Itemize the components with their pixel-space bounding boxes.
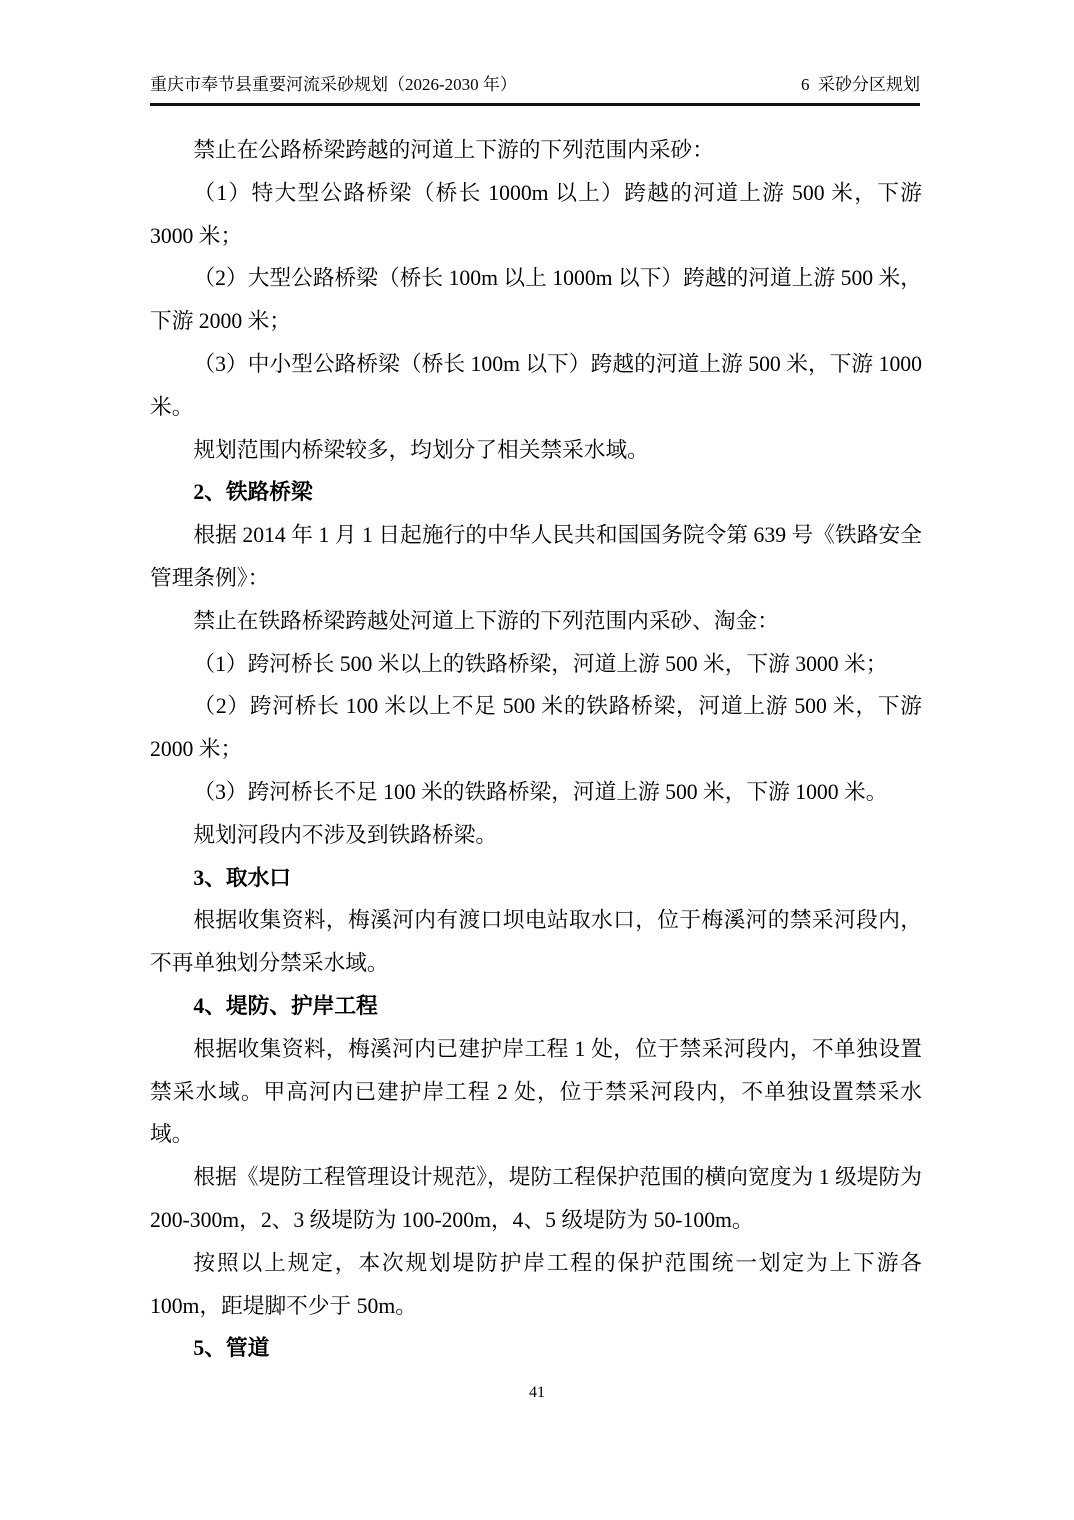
page-header: 重庆市奉节县重要河流采砂规划（2026-2030 年） 6 采砂分区规划 bbox=[150, 74, 920, 106]
header-chapter-title: 6 采砂分区规划 bbox=[801, 74, 920, 96]
paragraph: 禁止在铁路桥梁跨越处河道上下游的下列范围内采砂、淘金： bbox=[150, 600, 922, 643]
section-heading-pipeline: 5、管道 bbox=[150, 1327, 922, 1370]
paragraph: （2）大型公路桥梁（桥长 100m 以上 1000m 以下）跨越的河道上游 50… bbox=[150, 257, 922, 343]
document-body: 禁止在公路桥梁跨越的河道上下游的下列范围内采砂： （1）特大型公路桥梁（桥长 1… bbox=[150, 129, 922, 1370]
paragraph: （1）特大型公路桥梁（桥长 1000m 以上）跨越的河道上游 500 米，下游 … bbox=[150, 172, 922, 258]
section-heading-water-intake: 3、取水口 bbox=[150, 857, 922, 900]
paragraph: 按照以上规定，本次规划堤防护岸工程的保护范围统一划定为上下游各 100m，距堤脚… bbox=[150, 1242, 922, 1328]
page-footer: 41 bbox=[0, 1383, 1074, 1403]
paragraph: 禁止在公路桥梁跨越的河道上下游的下列范围内采砂： bbox=[150, 129, 922, 172]
paragraph: 根据 2014 年 1 月 1 日起施行的中华人民共和国国务院令第 639 号《… bbox=[150, 514, 922, 600]
paragraph: 根据收集资料，梅溪河内有渡口坝电站取水口，位于梅溪河的禁采河段内，不再单独划分禁… bbox=[150, 899, 922, 985]
paragraph: （3）中小型公路桥梁（桥长 100m 以下）跨越的河道上游 500 米，下游 1… bbox=[150, 343, 922, 429]
section-heading-dike-revetment: 4、堤防、护岸工程 bbox=[150, 985, 922, 1028]
paragraph: 规划河段内不涉及到铁路桥梁。 bbox=[150, 814, 922, 857]
paragraph: 根据收集资料，梅溪河内已建护岸工程 1 处，位于禁采河段内，不单独设置禁采水域。… bbox=[150, 1028, 922, 1156]
paragraph: 规划范围内桥梁较多，均划分了相关禁采水域。 bbox=[150, 429, 922, 472]
paragraph: （3）跨河桥长不足 100 米的铁路桥梁，河道上游 500 米，下游 1000 … bbox=[150, 771, 922, 814]
paragraph: （1）跨河桥长 500 米以上的铁路桥梁，河道上游 500 米，下游 3000 … bbox=[150, 643, 922, 686]
header-document-title: 重庆市奉节县重要河流采砂规划（2026-2030 年） bbox=[150, 74, 517, 96]
paragraph: 根据《堤防工程管理设计规范》，堤防工程保护范围的横向宽度为 1 级堤防为 200… bbox=[150, 1156, 922, 1242]
document-page: 重庆市奉节县重要河流采砂规划（2026-2030 年） 6 采砂分区规划 禁止在… bbox=[0, 0, 1074, 1520]
page-number: 41 bbox=[529, 1384, 545, 1401]
section-heading-railway-bridges: 2、铁路桥梁 bbox=[150, 471, 922, 514]
paragraph: （2）跨河桥长 100 米以上不足 500 米的铁路桥梁，河道上游 500 米，… bbox=[150, 685, 922, 771]
